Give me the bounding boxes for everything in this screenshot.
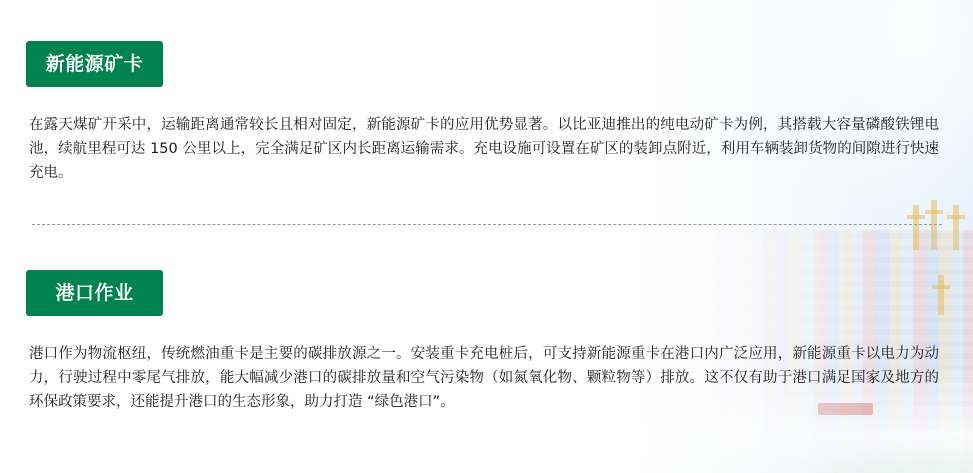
section-divider [32, 224, 942, 225]
section-body-port-operations: 港口作为物流枢纽，传统燃油重卡是主要的碳排放源之一。安装重卡充电桩后，可支持新能… [29, 342, 939, 414]
section-title-new-energy-mining-truck[interactable]: 新能源矿卡 [26, 41, 163, 87]
section-title-port-operations[interactable]: 港口作业 [26, 270, 163, 316]
section-body-new-energy-mining-truck: 在露天煤矿开采中，运输距离通常较长且相对固定，新能源矿卡的应用优势显著。以比亚迪… [29, 113, 939, 185]
content-area: 新能源矿卡 在露天煤矿开采中，运输距离通常较长且相对固定，新能源矿卡的应用优势显… [0, 0, 973, 473]
